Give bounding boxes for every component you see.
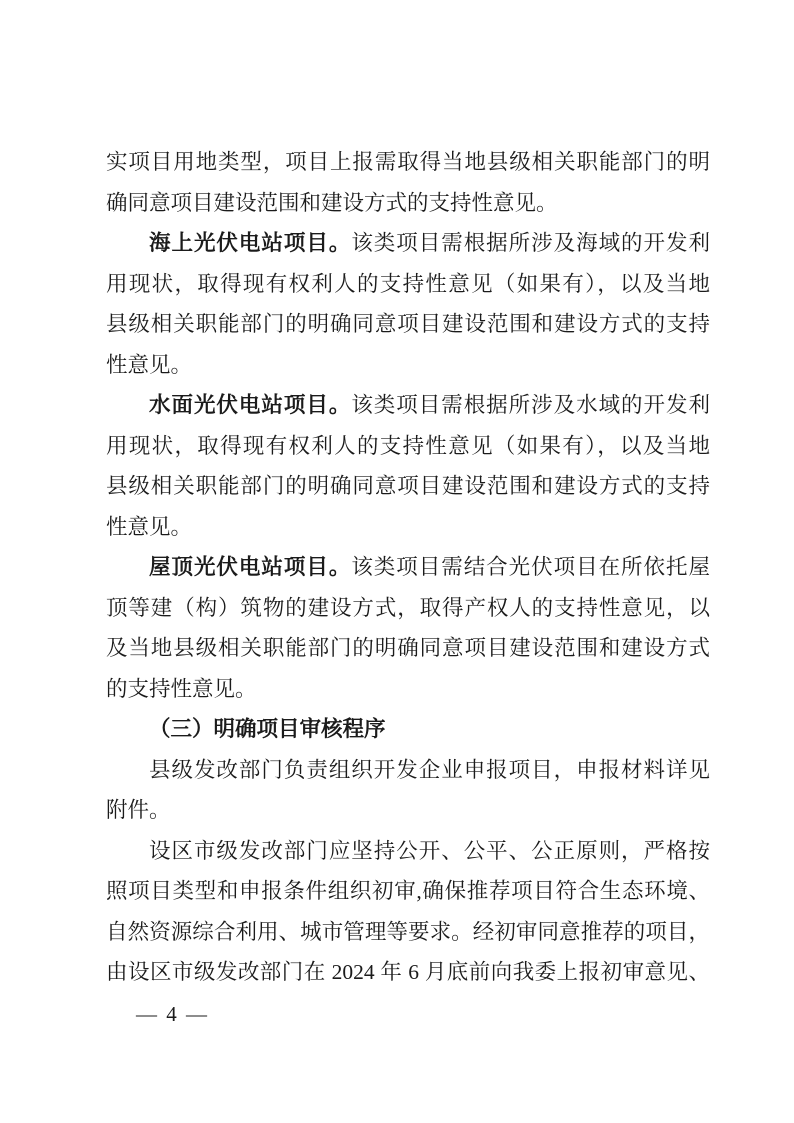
text-line: 实项目用地类型，项目上报需取得当地县级相关职能部门的明 <box>106 142 710 183</box>
section-heading: （三）明确项目审核程序 <box>106 709 710 750</box>
text-line: 海上光伏电站项目。该类项目需根据所涉及海域的开发利 <box>106 223 710 264</box>
text-line: 的支持性意见。 <box>106 669 710 710</box>
para-rooftop-pv: 屋顶光伏电站项目。该类项目需结合光伏项目在所依托屋顶等建（构）筑物的建设方式，取… <box>106 547 710 709</box>
para-county-application: 县级发改部门负责组织开发企业申报项目，申报材料详见附件。 <box>106 750 710 831</box>
para-water-surface-pv: 水面光伏电站项目。该类项目需根据所涉及水域的开发利用现状，取得现有权利人的支持性… <box>106 385 710 547</box>
text-line: 顶等建（构）筑物的建设方式，取得产权人的支持性意见，以 <box>106 588 710 629</box>
text-line: 性意见。 <box>106 345 710 386</box>
document-page: 实项目用地类型，项目上报需取得当地县级相关职能部门的明确同意项目建设范围和建设方… <box>0 0 794 1123</box>
paragraph-lead: 水面光伏电站项目。 <box>149 393 351 417</box>
page-number: — 4 — <box>136 999 209 1029</box>
paragraph-lead: 屋顶光伏电站项目。 <box>149 555 351 579</box>
text-line: 照项目类型和申报条件组织初审,确保推荐项目符合生态环境、 <box>106 871 710 912</box>
text-line: 用现状，取得现有权利人的支持性意见（如果有），以及当地 <box>106 426 710 467</box>
paragraph-lead: 海上光伏电站项目。 <box>149 231 351 255</box>
text-line: 县级发改部门负责组织开发企业申报项目，申报材料详见 <box>106 750 710 791</box>
text-line: 水面光伏电站项目。该类项目需根据所涉及水域的开发利 <box>106 385 710 426</box>
text-line: 由设区市级发改部门在 2024 年 6 月底前向我委上报初审意见、 <box>106 952 710 993</box>
heading-section-three: （三）明确项目审核程序 <box>106 709 710 750</box>
para-offshore-pv: 海上光伏电站项目。该类项目需根据所涉及海域的开发利用现状，取得现有权利人的支持性… <box>106 223 710 385</box>
para-land-type-continuation: 实项目用地类型，项目上报需取得当地县级相关职能部门的明确同意项目建设范围和建设方… <box>106 142 710 223</box>
text-line: 性意见。 <box>106 507 710 548</box>
text-line: 屋顶光伏电站项目。该类项目需结合光伏项目在所依托屋 <box>106 547 710 588</box>
text-line: 附件。 <box>106 790 710 831</box>
document-content: 实项目用地类型，项目上报需取得当地县级相关职能部门的明确同意项目建设范围和建设方… <box>106 142 710 993</box>
text-line: 用现状，取得现有权利人的支持性意见（如果有），以及当地 <box>106 264 710 305</box>
text-line: 设区市级发改部门应坚持公开、公平、公正原则，严格按 <box>106 831 710 872</box>
text-line: 县级相关职能部门的明确同意项目建设范围和建设方式的支持 <box>106 304 710 345</box>
text-line: 及当地县级相关职能部门的明确同意项目建设范围和建设方式 <box>106 628 710 669</box>
para-city-preliminary-review: 设区市级发改部门应坚持公开、公平、公正原则，严格按照项目类型和申报条件组织初审,… <box>106 831 710 993</box>
text-line: 县级相关职能部门的明确同意项目建设范围和建设方式的支持 <box>106 466 710 507</box>
text-line: 确同意项目建设范围和建设方式的支持性意见。 <box>106 183 710 224</box>
text-line: 自然资源综合利用、城市管理等要求。经初审同意推荐的项目， <box>106 912 710 953</box>
